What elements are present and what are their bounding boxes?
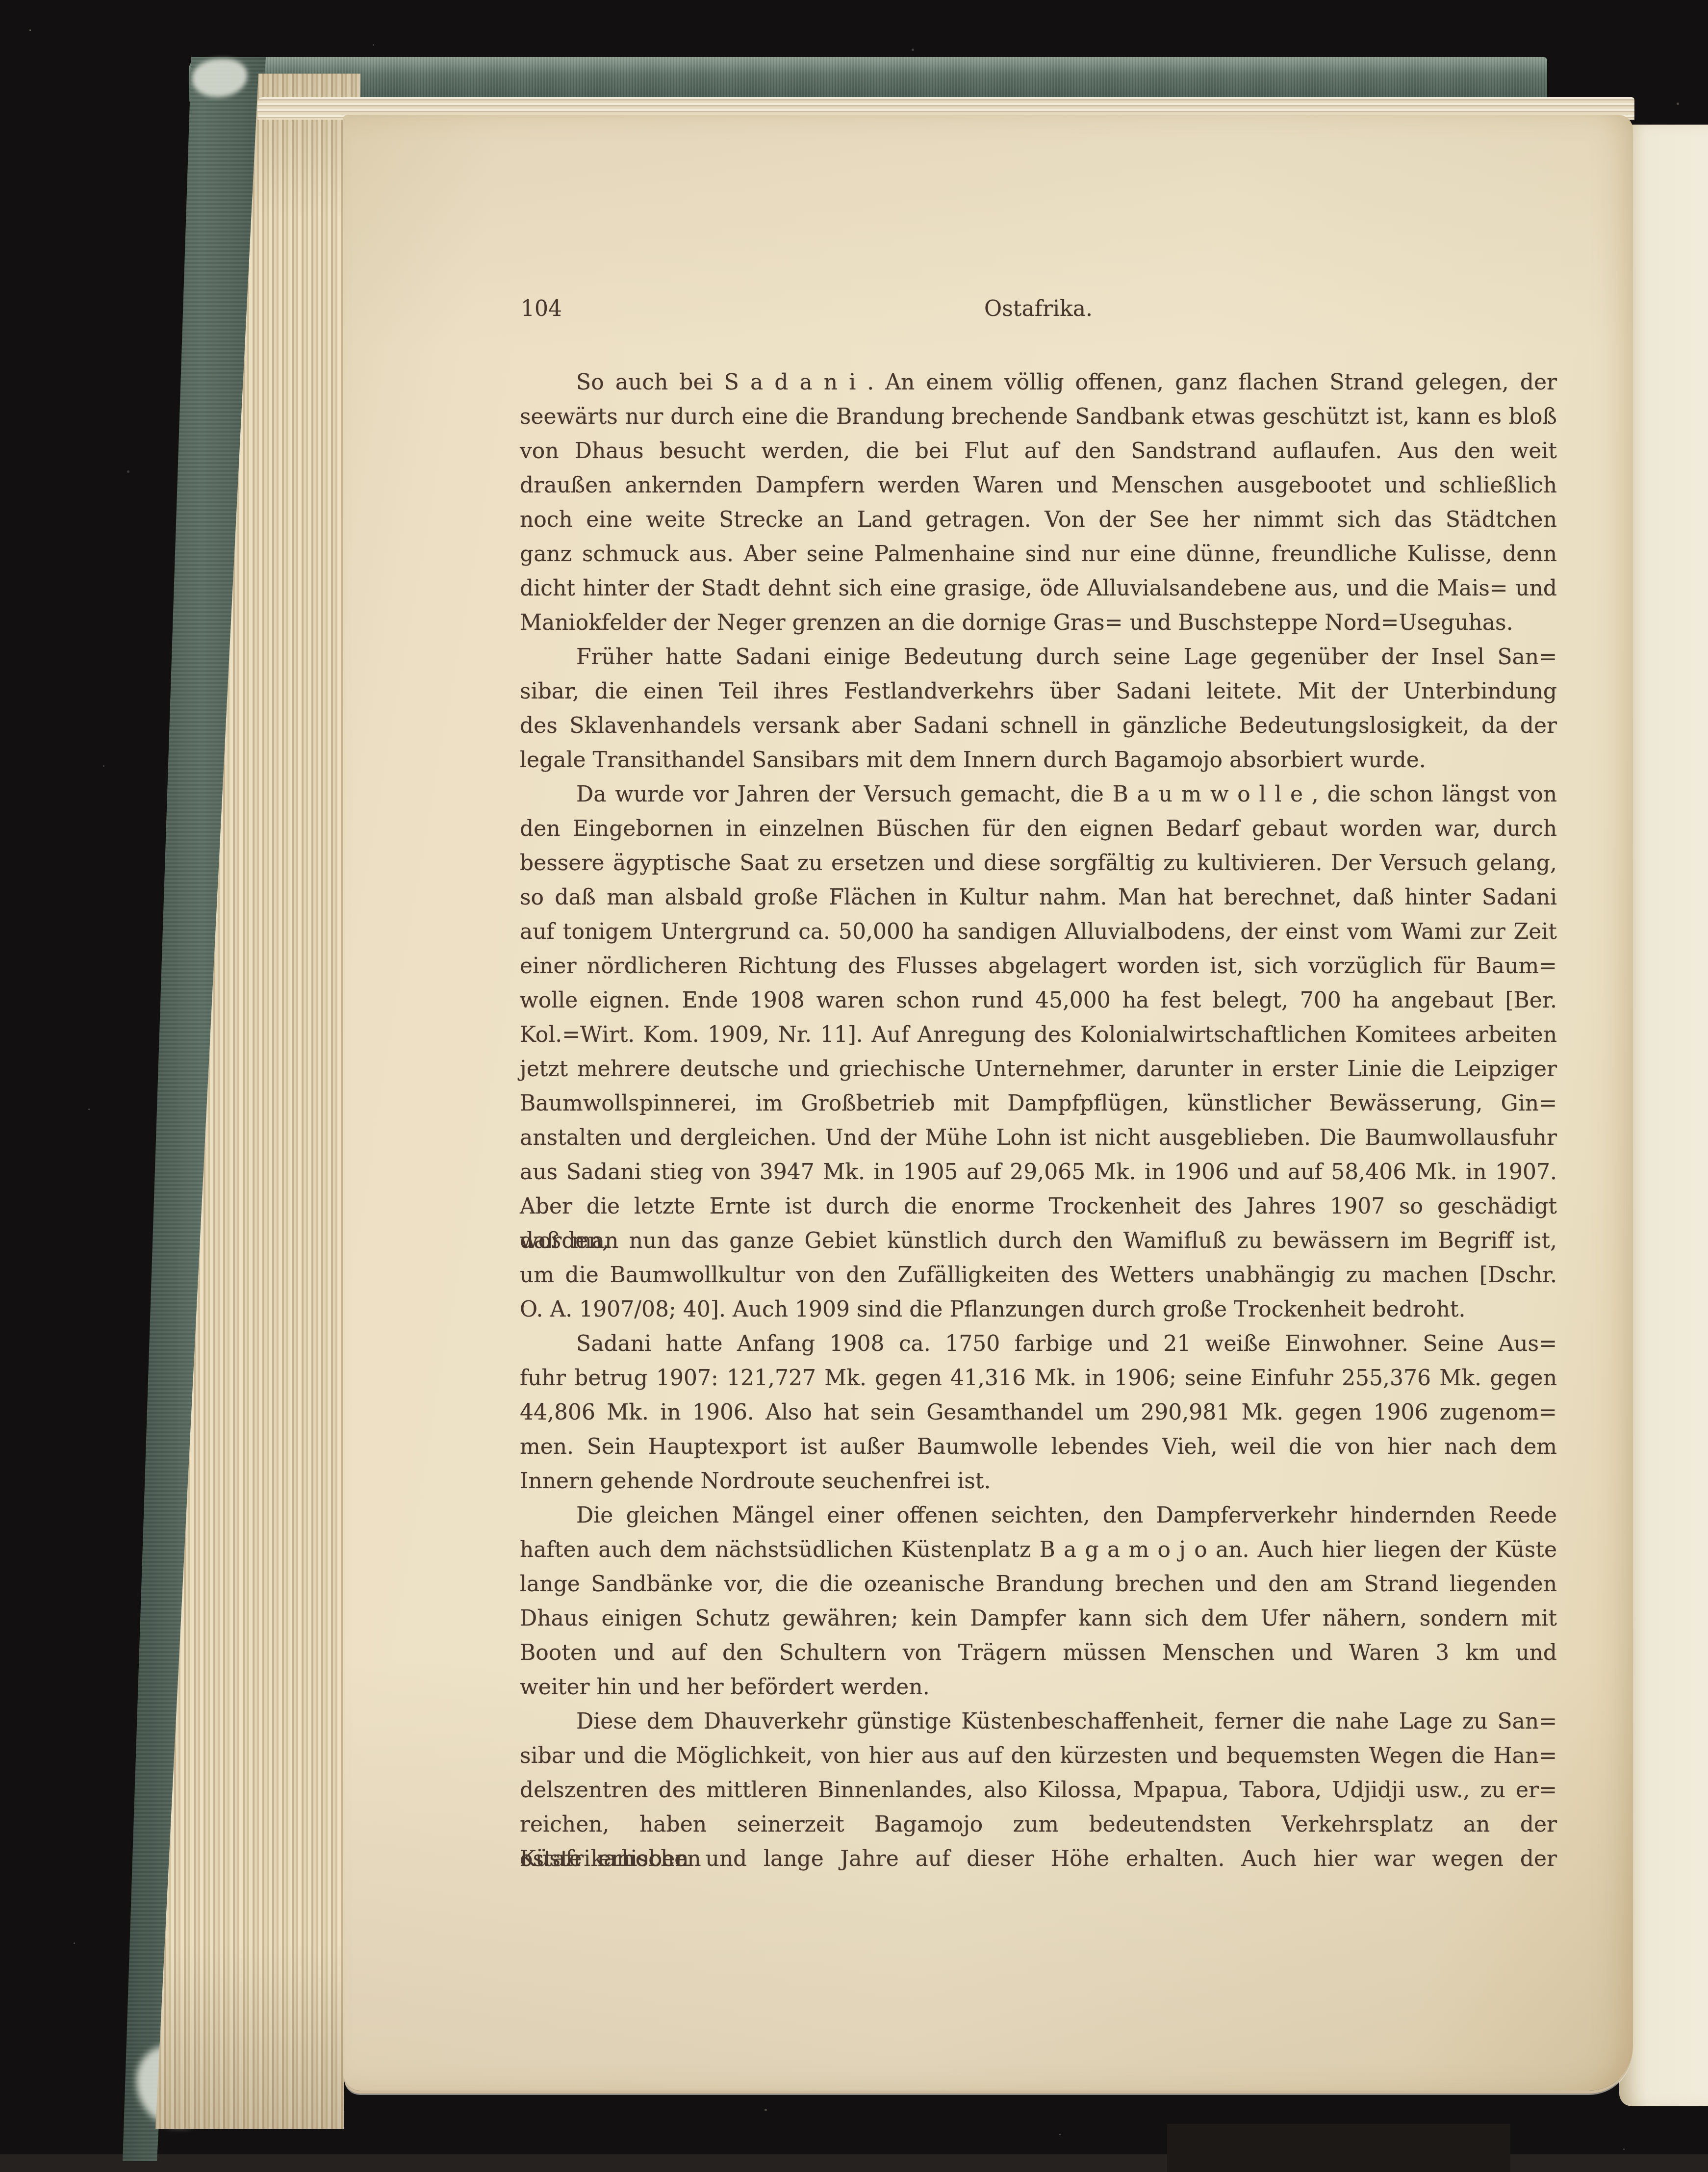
running-header: Ostafrika. — [520, 293, 1557, 325]
text-line: Früher hatte Sadani einige Bedeutung dur… — [520, 640, 1557, 674]
text-line: draußen ankernden Dampfern werden Waren … — [520, 468, 1557, 503]
text-line: jetzt mehrere deutsche und griechische U… — [520, 1052, 1557, 1086]
book-photo-scene: { "colors": { "background": "#121010", "… — [0, 0, 1708, 2172]
text-line: noch eine weite Strecke an Land getragen… — [520, 503, 1557, 537]
text-line: So auch bei S a d a n i . An einem völli… — [520, 365, 1557, 400]
text-line: Maniokfelder der Neger grenzen an die do… — [520, 606, 1557, 640]
text-line: daß man nun das ganze Gebiet künstlich d… — [520, 1224, 1557, 1258]
text-line: des Sklavenhandels versank aber Sadani s… — [520, 709, 1557, 743]
text-line: ganz schmuck aus. Aber seine Palmenhaine… — [520, 537, 1557, 571]
text-line: O. A. 1907/08; 40]. Auch 1909 sind die P… — [520, 1293, 1557, 1327]
page-header-row: 104 Ostafrika. — [520, 293, 1557, 325]
text-line: weiter hin und her befördert werden. — [520, 1670, 1557, 1705]
text-line: legale Transithandel Sansibars mit dem I… — [520, 743, 1557, 777]
text-line: so daß man alsbald große Flächen in Kult… — [520, 880, 1557, 915]
text-line: Sadani hatte Anfang 1908 ca. 1750 farbig… — [520, 1327, 1557, 1361]
text-line: aus Sadani stieg von 3947 Mk. in 1905 au… — [520, 1155, 1557, 1189]
text-line: men. Sein Hauptexport ist außer Baumwoll… — [520, 1430, 1557, 1464]
paragraph: Früher hatte Sadani einige Bedeutung dur… — [520, 640, 1557, 777]
text-line: Innern gehende Nordroute seuchenfrei ist… — [520, 1464, 1557, 1499]
text-line: Booten und auf den Schultern von Trägern… — [520, 1636, 1557, 1670]
text-line: anstalten und dergleichen. Und der Mühe … — [520, 1121, 1557, 1155]
text-line: den Eingebornen in einzelnen Büschen für… — [520, 812, 1557, 846]
text-line: Die gleichen Mängel einer offenen seicht… — [520, 1499, 1557, 1533]
text-line: 44,806 Mk. in 1906. Also hat sein Gesamt… — [520, 1396, 1557, 1430]
paragraph: So auch bei S a d a n i . An einem völli… — [520, 365, 1557, 640]
text-line: einer nördlicheren Richtung des Flusses … — [520, 949, 1557, 983]
text-line: fuhr betrug 1907: 121,727 Mk. gegen 41,3… — [520, 1361, 1557, 1396]
text-line: sibar, die einen Teil ihres Festlandverk… — [520, 674, 1557, 709]
text-line: reichen, haben seinerzeit Bagamojo zum b… — [520, 1808, 1557, 1842]
paragraph: Sadani hatte Anfang 1908 ca. 1750 farbig… — [520, 1327, 1557, 1499]
paragraph: Die gleichen Mängel einer offenen seicht… — [520, 1499, 1557, 1705]
text-line: dicht hinter der Stadt dehnt sich eine g… — [520, 571, 1557, 606]
text-line: Baumwollspinnerei, im Großbetrieb mit Da… — [520, 1086, 1557, 1121]
text-line: haften auch dem nächstsüdlichen Küstenpl… — [520, 1533, 1557, 1567]
body-text: So auch bei S a d a n i . An einem völli… — [520, 365, 1557, 1876]
text-line: Küste erhoben und lange Jahre auf dieser… — [520, 1842, 1557, 1876]
text-line: wolle eignen. Ende 1908 waren schon rund… — [520, 983, 1557, 1018]
text-line: Diese dem Dhauverkehr günstige Küstenbes… — [520, 1705, 1557, 1739]
text-line: seewärts nur durch eine die Brandung bre… — [520, 400, 1557, 434]
dust-specks — [29, 29, 31, 31]
page-text-block: 104 Ostafrika. So auch bei S a d a n i .… — [520, 0, 1557, 2172]
text-line: bessere ägyptische Saat zu ersetzen und … — [520, 846, 1557, 880]
text-line: lange Sandbänke vor, die die ozeanische … — [520, 1567, 1557, 1602]
text-line: sibar und die Möglichkeit, von hier aus … — [520, 1739, 1557, 1773]
paragraph: Diese dem Dhauverkehr günstige Küstenbes… — [520, 1705, 1557, 1876]
text-line: delszentren des mittleren Binnenlandes, … — [520, 1773, 1557, 1808]
text-line: von Dhaus besucht werden, die bei Flut a… — [520, 434, 1557, 468]
text-line: Dhaus einigen Schutz gewähren; kein Damp… — [520, 1602, 1557, 1636]
text-line: Kol.=Wirt. Kom. 1909, Nr. 11]. Auf Anreg… — [520, 1018, 1557, 1052]
text-line: auf tonigem Untergrund ca. 50,000 ha san… — [520, 915, 1557, 949]
text-line: um die Baumwollkultur von den Zufälligke… — [520, 1258, 1557, 1293]
paragraph: Da wurde vor Jahren der Versuch gemacht,… — [520, 777, 1557, 1327]
text-line: Aber die letzte Ernte ist durch die enor… — [520, 1189, 1557, 1224]
text-line: Da wurde vor Jahren der Versuch gemacht,… — [520, 777, 1557, 812]
